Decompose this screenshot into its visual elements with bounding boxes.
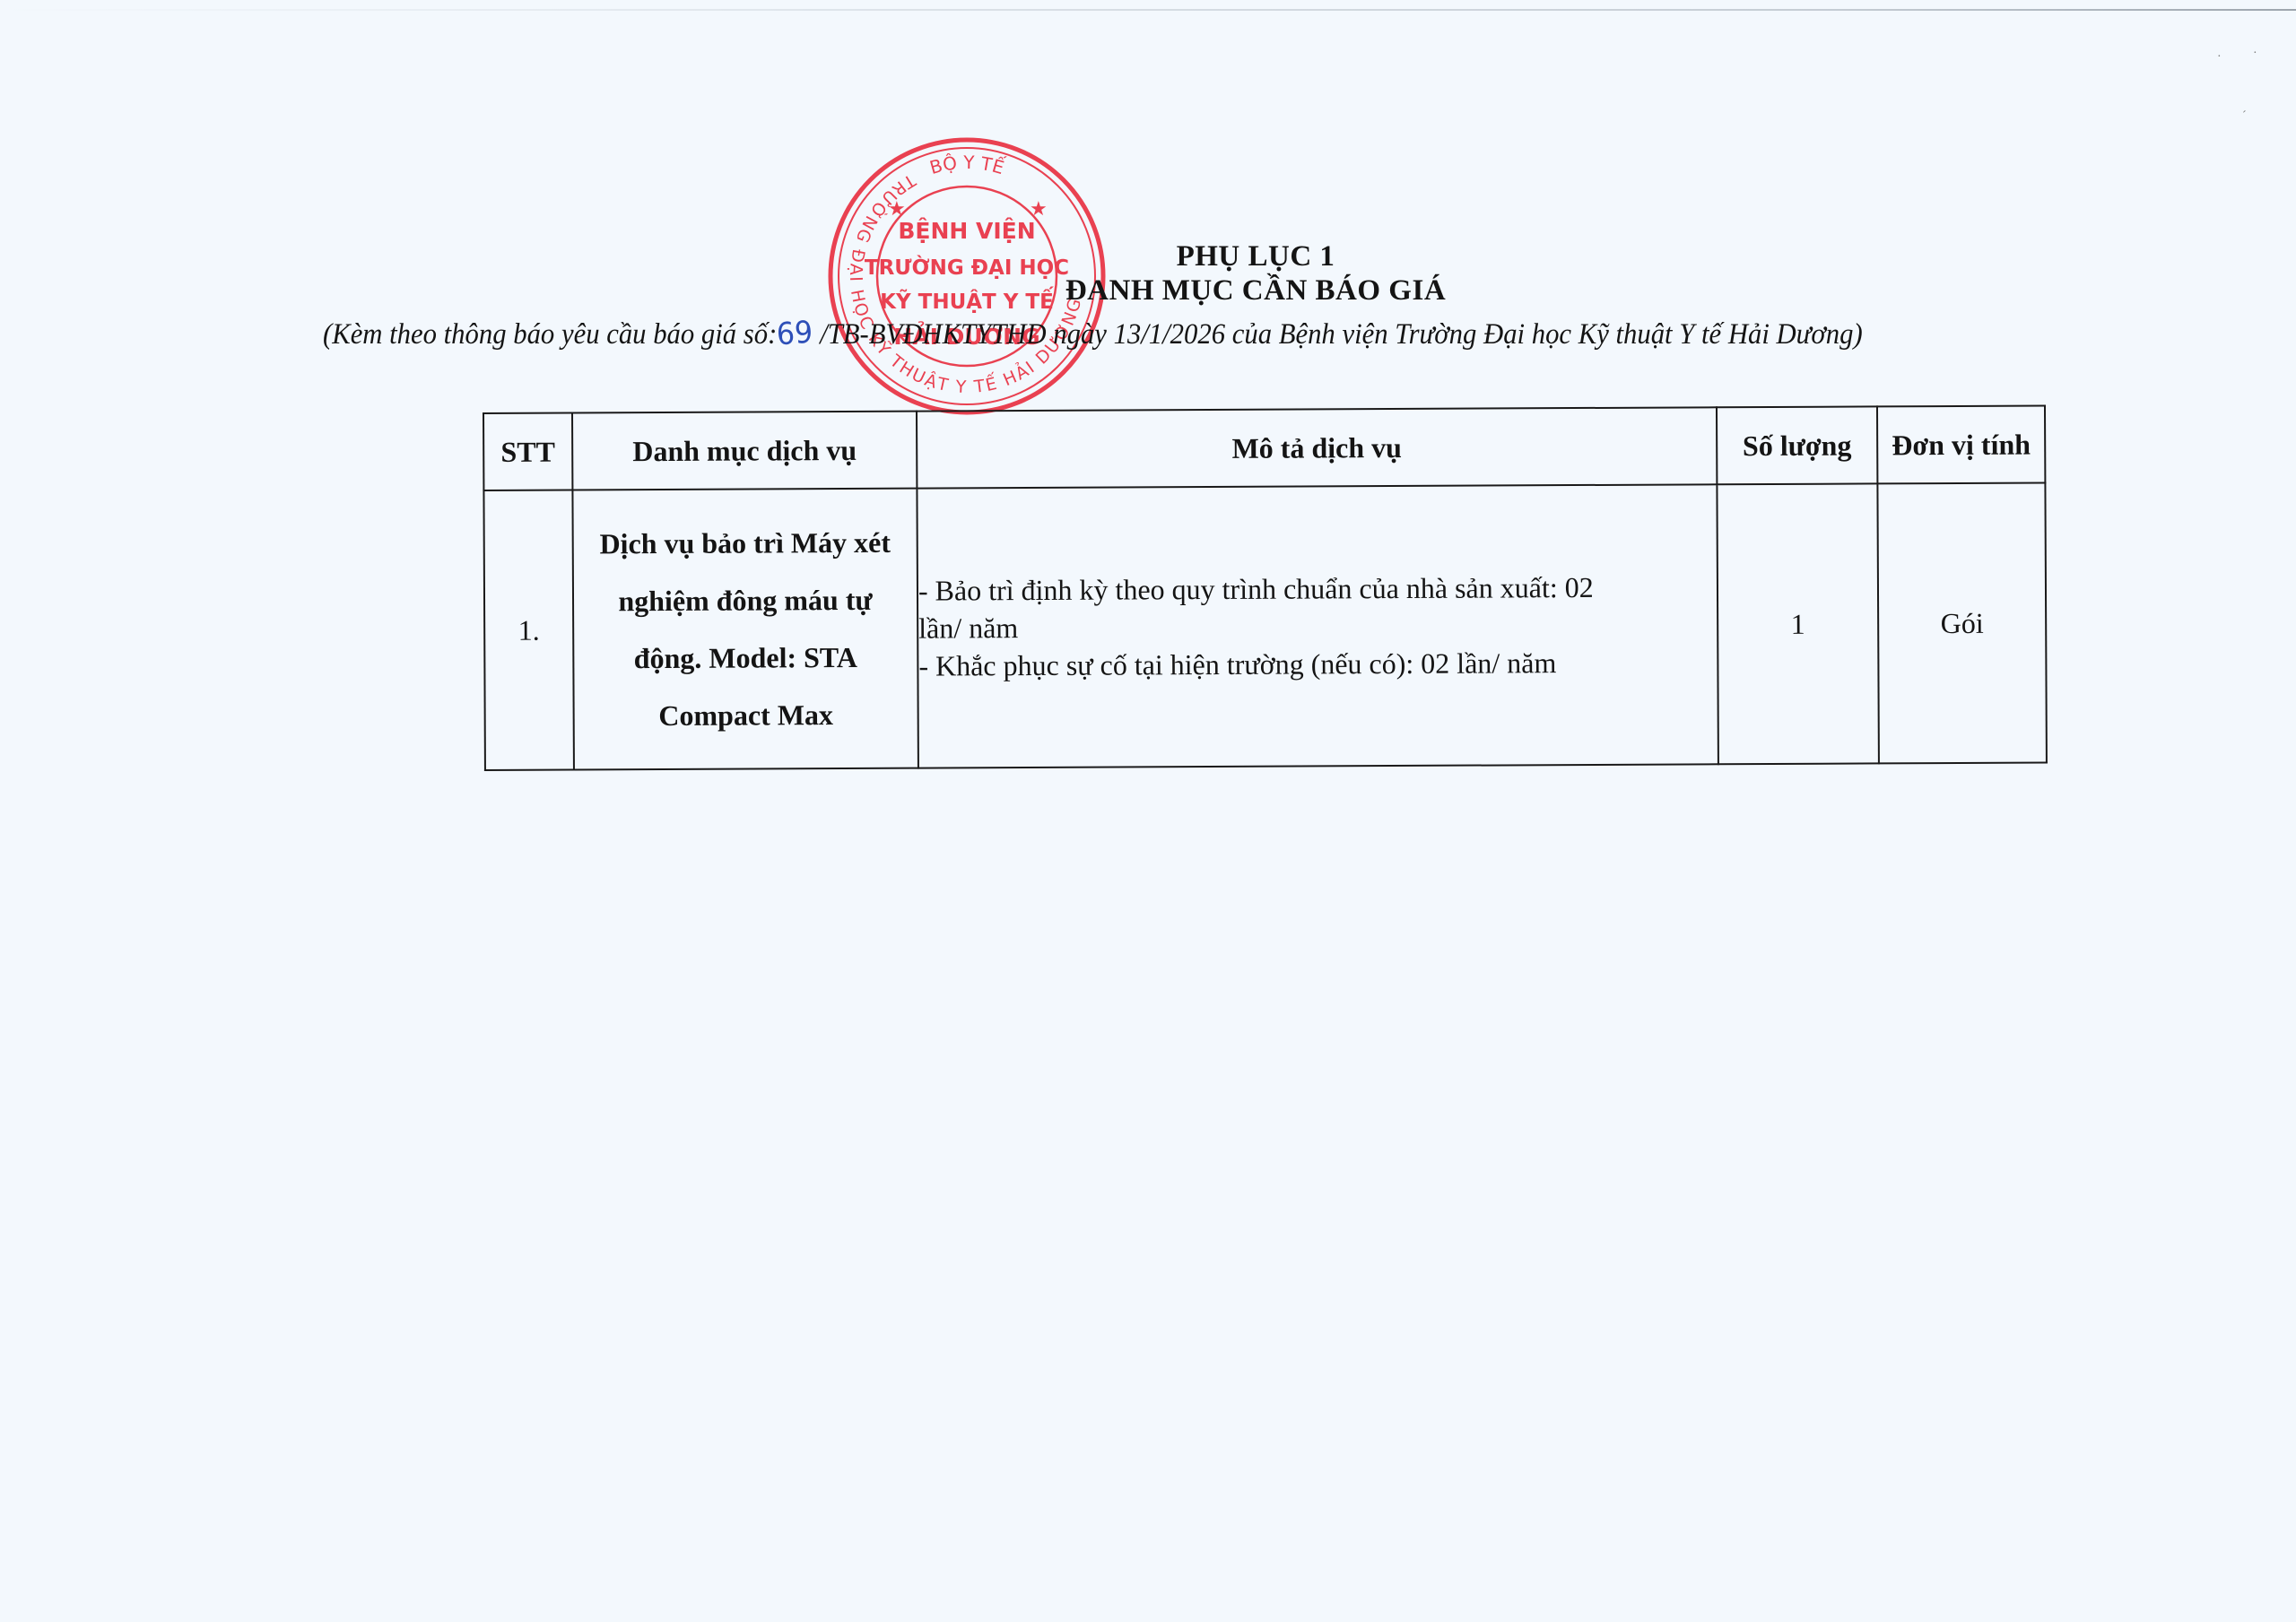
stamp-line-1: BỆNH VIỆN bbox=[898, 217, 1035, 244]
scan-speck: · bbox=[2217, 50, 2222, 65]
cell-service-name: Dịch vụ bảo trì Máy xét nghiệm đông máu … bbox=[572, 489, 918, 770]
star-icon: ★ bbox=[888, 197, 906, 220]
reference-note: (Kèm theo thông báo yêu cầu báo giá số:6… bbox=[323, 316, 2074, 351]
scan-speck: ˊ bbox=[2242, 109, 2247, 124]
table-row: 1. Dịch vụ bảo trì Máy xét nghiệm đông m… bbox=[483, 482, 2047, 770]
cell-quantity: 1 bbox=[1717, 483, 1879, 764]
handwritten-number: 69 bbox=[776, 315, 814, 353]
header-service-description: Mô tả dịch vụ bbox=[917, 407, 1717, 488]
service-name-line: động. Model: STA bbox=[574, 629, 917, 688]
quotation-table: STT Danh mục dịch vụ Mô tả dịch vụ Số lư… bbox=[483, 404, 2048, 771]
service-name-line: Compact Max bbox=[574, 686, 917, 745]
table-header-row: STT Danh mục dịch vụ Mô tả dịch vụ Số lư… bbox=[483, 405, 2045, 490]
scanned-page-edge bbox=[0, 9, 2296, 11]
reference-note-suffix: /TB-BVĐHKTYTHD ngày 13/1/2026 của Bệnh v… bbox=[813, 318, 1863, 351]
appendix-title: PHỤ LỤC 1 bbox=[1076, 240, 1435, 273]
description-line: - Khắc phục sự cố tại hiện trường (nếu c… bbox=[918, 643, 1717, 684]
star-icon: ★ bbox=[1030, 197, 1048, 220]
service-name-line: nghiệm đông máu tự bbox=[574, 571, 917, 630]
header-service-name: Danh mục dịch vụ bbox=[572, 412, 917, 490]
header-unit: Đơn vị tính bbox=[1877, 405, 2045, 483]
service-name-line: Dịch vụ bảo trì Máy xét bbox=[574, 514, 917, 573]
cell-service-description: - Bảo trì định kỳ theo quy trình chuẩn c… bbox=[917, 484, 1718, 768]
cell-unit: Gói bbox=[1877, 482, 2047, 763]
reference-note-prefix: (Kèm theo thông báo yêu cầu báo giá số: bbox=[323, 318, 777, 351]
list-title: ĐANH MỤC CẦN BÁO GIÁ bbox=[987, 274, 1525, 308]
description-line: lần/ năm bbox=[918, 605, 1717, 646]
header-quantity: Số lượng bbox=[1717, 406, 1877, 484]
cell-stt: 1. bbox=[483, 490, 574, 770]
scan-speck: · bbox=[2253, 47, 2257, 61]
stamp-ring-text: BỘ Y TẾ bbox=[927, 152, 1007, 178]
description-line: - Bảo trì định kỳ theo quy trình chuẩn c… bbox=[918, 568, 1717, 609]
header-stt: STT bbox=[483, 413, 572, 490]
